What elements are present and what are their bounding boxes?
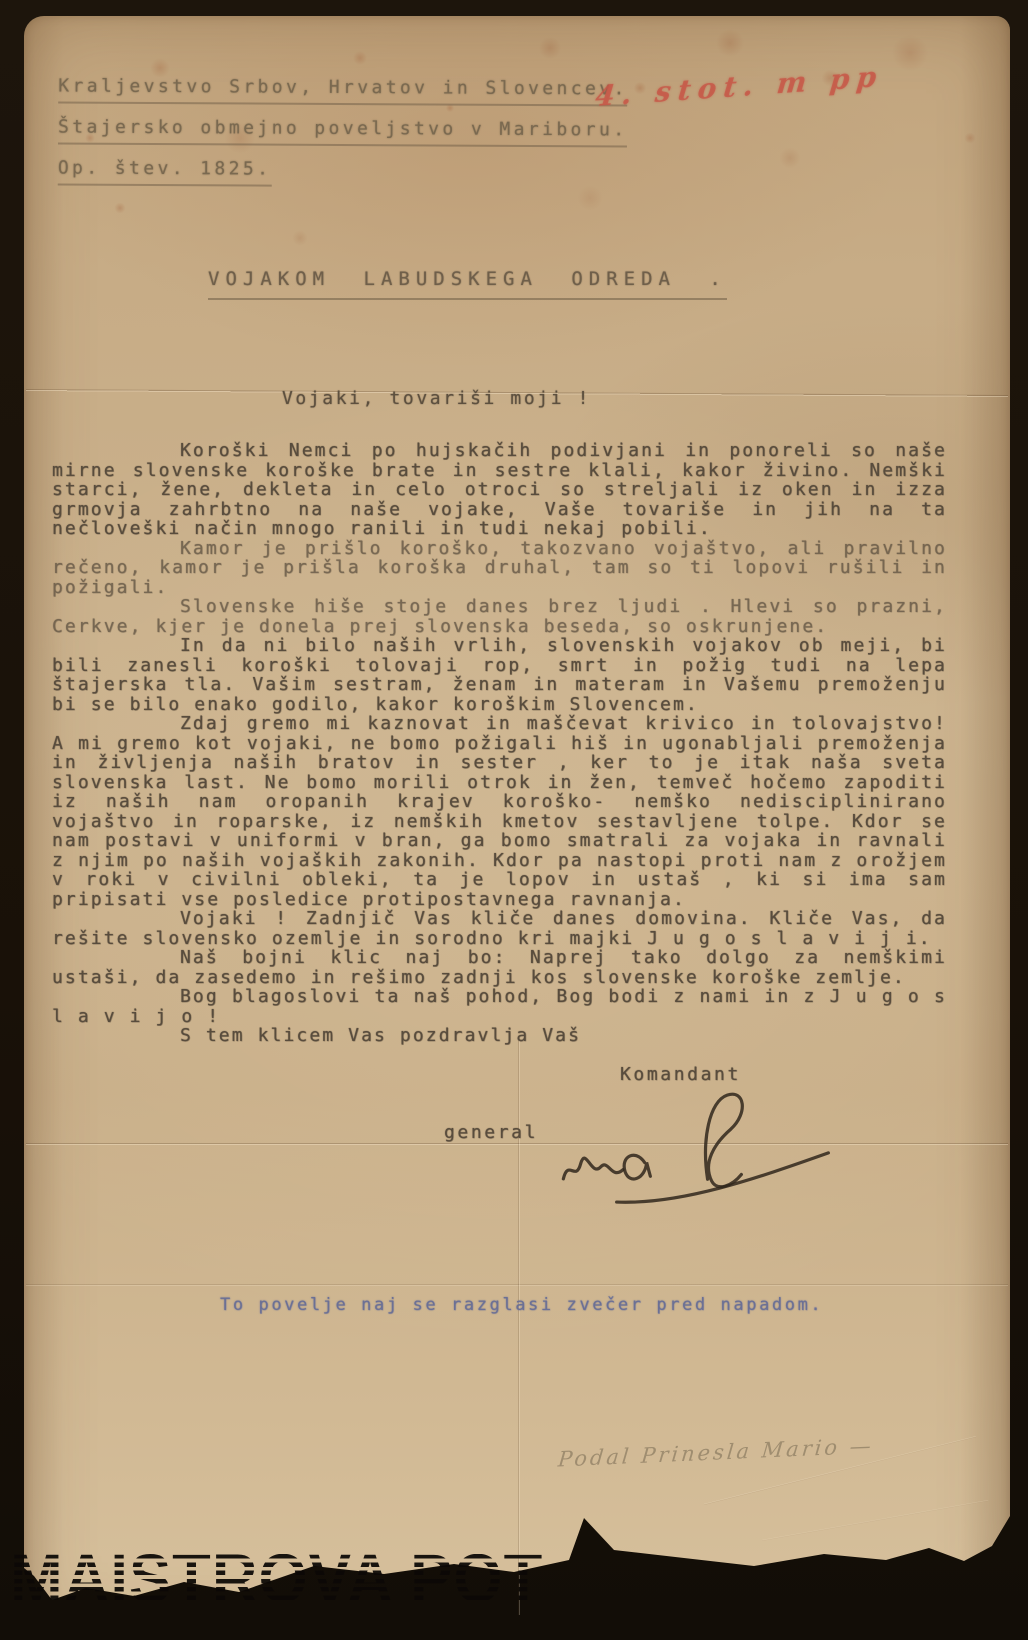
- letterhead-line-number: Op. štev. 1825.: [58, 160, 272, 187]
- directive-line: To povelje naj se razglasi zvečer pred n…: [220, 1295, 823, 1315]
- body-paragraph: Vojaki ! Zadnjič Vas kliče danes domovin…: [52, 909, 947, 948]
- document-scan: Kraljevstvo Srbov, Hrvatov in Slovencev.…: [0, 0, 1028, 1640]
- salutation: Vojaki, tovariši moji !: [282, 388, 591, 409]
- body-paragraph: Bog blagoslovi ta naš pohod, Bog bodi z …: [52, 987, 947, 1026]
- signature-rank-label: general: [444, 1122, 538, 1143]
- body-paragraph: S tem klicem Vas pozdravlja Vaš: [52, 1026, 947, 1046]
- body-paragraph: Kamor je prišlo koroško, takozvano vojaš…: [52, 539, 947, 598]
- body-paragraph: In da ni bilo naših vrlih, slovenskih vo…: [52, 636, 947, 714]
- body-paragraph: Zdaj gremo mi kaznovat in maščevat krivi…: [52, 714, 947, 909]
- document-title: VOJAKOM LABUDSKEGA ODREDA .: [208, 268, 727, 300]
- letterhead-line-kingdom: Kraljevstvo Srbov, Hrvatov in Slovencev.: [58, 78, 628, 107]
- body-paragraph: Koroški Nemci po hujskačih podivjani in …: [52, 441, 947, 539]
- letterhead-line-command: Štajersko obmejno poveljstvo v Mariboru.: [58, 119, 628, 148]
- watermark-text: MAISTROVA POT: [10, 1546, 543, 1614]
- handwritten-signature: [545, 1075, 842, 1225]
- letterhead: Kraljevstvo Srbov, Hrvatov in Slovencev.…: [58, 77, 628, 203]
- body-paragraph: Naš bojni klic naj bo: Naprej tako dolgo…: [52, 948, 947, 987]
- letter-body: Koroški Nemci po hujskačih podivjani in …: [52, 441, 947, 1046]
- body-paragraph: Slovenske hiše stoje danes brez ljudi . …: [52, 597, 947, 636]
